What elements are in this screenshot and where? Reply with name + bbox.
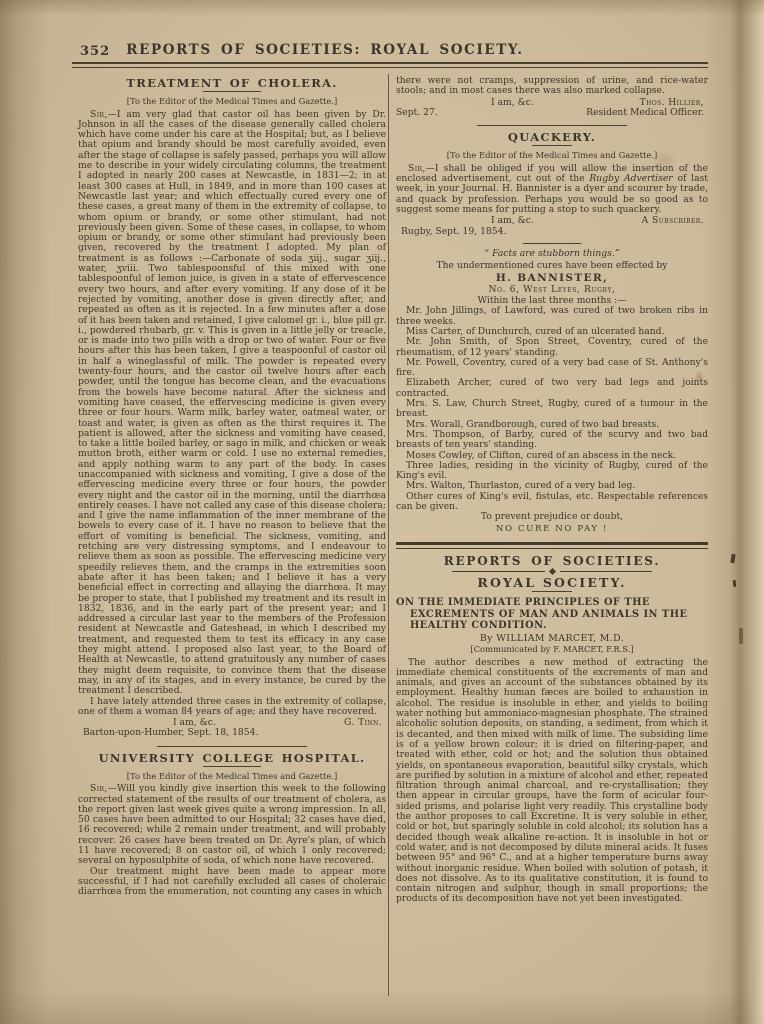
- running-title: REPORTS OF SOCIETIES: ROYAL SOCIETY.: [90, 42, 560, 58]
- quackery-letter: QUACKERY. [To the Editor of the Medical …: [396, 132, 708, 237]
- cure-item: Other cures of King's evil, fistulas, et…: [396, 492, 708, 513]
- bannister-advert: “ Facts are stubborn things.” The underm…: [396, 249, 708, 534]
- right-column: there were not cramps, suppression of ur…: [396, 76, 708, 905]
- advert-motto: “ Facts are stubborn things.”: [396, 249, 708, 259]
- signature-title: Resident Medical Officer.: [586, 108, 704, 118]
- advert-prevent-line: To prevent prejudice or doubt,: [396, 512, 708, 522]
- cholera-place-date: Barton-upon-Humber, Sept. 18, 1854.: [78, 728, 386, 738]
- paper-title: ON THE IMMEDIATE PRINCIPLES OF THE EXCRE…: [396, 597, 708, 632]
- quackery-body-paragraph: Sir,—I shall be obliged if you will allo…: [396, 164, 708, 215]
- title-rule: [532, 145, 572, 146]
- advert-address: No. 6, West Leyes, Rugby,: [396, 285, 708, 295]
- uch-title: UNIVERSITY COLLEGE HOSPITAL.: [78, 753, 386, 763]
- hillier-continuation-paragraph: there were not cramps, suppression of ur…: [396, 76, 708, 97]
- page-edge-mark: [733, 580, 737, 587]
- uch-letter: UNIVERSITY COLLEGE HOSPITAL. [To the Edi…: [78, 753, 386, 898]
- scanned-journal-page: 352 REPORTS OF SOCIETIES: ROYAL SOCIETY.…: [0, 0, 764, 1024]
- paper-abstract-paragraph: The author describes a new method of ext…: [396, 658, 708, 905]
- cholera-body-paragraph: Sir,—I am very glad that castor oil has …: [78, 110, 386, 697]
- letter-date: Sept. 27.: [396, 108, 438, 118]
- page-edge-mark: [739, 628, 743, 644]
- signature: A Subscriber.: [642, 216, 704, 226]
- valediction: I am, &c.: [491, 98, 534, 108]
- cure-item: Three ladies, residing in the vicinity o…: [396, 461, 708, 482]
- hillier-letter-end: there were not cramps, suppression of ur…: [396, 76, 708, 118]
- cure-item: Mrs. S. Law, Church Street, Rugby, cured…: [396, 399, 708, 420]
- section-divider-rule: [157, 746, 307, 747]
- cholera-editor-line: [To the Editor of the Medical Times and …: [78, 96, 386, 106]
- section-divider-rule: [477, 125, 627, 126]
- title-rule: [203, 91, 261, 92]
- signature: G. Tinn.: [344, 718, 382, 728]
- quackery-place-date: Rugby, Sept. 19, 1854.: [396, 227, 708, 237]
- cholera-body-text: —I am very glad that castor oil has been…: [78, 109, 386, 697]
- left-column: TREATMENT OF CHOLERA. [To the Editor of …: [78, 76, 386, 898]
- societies-heading: REPORTS OF SOCIETIES.: [396, 556, 708, 566]
- page-edge-mark: [730, 554, 735, 563]
- royal-society-title: ROYAL SOCIETY.: [396, 578, 708, 588]
- diamond-ornament-rule: [452, 569, 652, 574]
- cure-item: Mrs. Thompson, of Barby, cured of the sc…: [396, 430, 708, 451]
- cure-item: Mr. John Smith, of Spon Street, Coventry…: [396, 337, 708, 358]
- uch-body-paragraph: Sir,—Will you kindly give insertion this…: [78, 784, 386, 866]
- quackery-editor-line: [To the Editor of the Medical Times and …: [396, 150, 708, 160]
- section-double-rule: [396, 542, 708, 549]
- cholera-closing-paragraph: I have lately attended three cases in th…: [78, 697, 386, 718]
- cholera-letter: TREATMENT OF CHOLERA. [To the Editor of …: [78, 78, 386, 739]
- small-divider-rule: [523, 243, 581, 244]
- cholera-title: TREATMENT OF CHOLERA.: [78, 78, 386, 88]
- paper-communicated-line: [Communicated by F. MARCET, F.R.S.]: [396, 644, 708, 654]
- header-double-rule: [72, 62, 708, 68]
- title-rule: [532, 591, 572, 592]
- uch-closing-paragraph: Our treatment might have been made to ap…: [78, 867, 386, 898]
- uch-body-text: —Will you kindly give insertion this wee…: [78, 783, 386, 866]
- quackery-title: QUACKERY.: [396, 132, 708, 142]
- cure-item: Mr. Powell, Coventry, cured of a very ba…: [396, 358, 708, 379]
- title-rule: [203, 766, 261, 767]
- advert-no-cure-line: NO CURE NO PAY !: [396, 524, 708, 534]
- advert-intro: The undermentioned cures have been effec…: [396, 261, 708, 271]
- hillier-date-title-row: Sept. 27. Resident Medical Officer.: [396, 108, 708, 118]
- diamond-icon: [548, 568, 555, 575]
- advert-name: H. BANNISTER,: [396, 273, 708, 283]
- cure-item: Mr. John Jillings, of Lawford, was cured…: [396, 306, 708, 327]
- uch-editor-line: [To the Editor of the Medical Times and …: [78, 771, 386, 781]
- paper-byline: By WILLIAM MARCET, M.D.: [396, 634, 708, 644]
- reports-of-societies-section: REPORTS OF SOCIETIES. ROYAL SOCIETY. ON …: [396, 556, 708, 905]
- cure-item: Elizabeth Archer, cured of two very bad …: [396, 378, 708, 399]
- column-divider-rule: [388, 74, 389, 996]
